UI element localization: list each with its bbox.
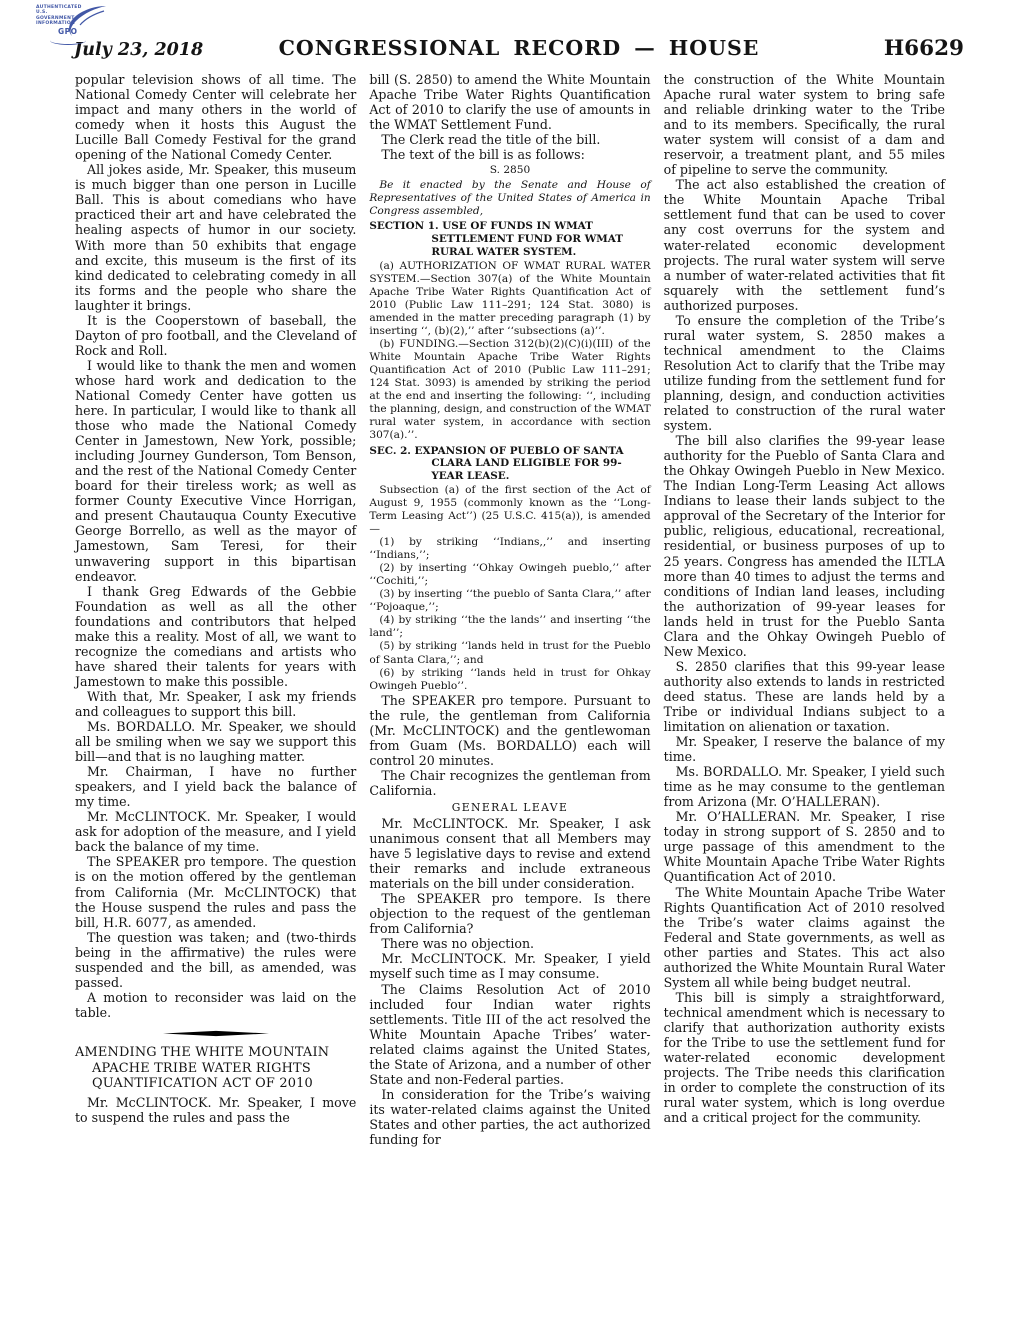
paragraph: It is the Cooperstown of baseball, the D… — [75, 313, 356, 358]
paragraph: I would like to thank the men and women … — [75, 358, 356, 584]
paragraph: The SPEAKER pro tempore. Is there object… — [369, 891, 650, 936]
enacting-clause: Be it enacted by the Senate and House of… — [369, 179, 650, 218]
paragraph: The SPEAKER pro tempore. The question is… — [75, 854, 356, 929]
running-head: July 23, 2018 CONGRESSIONAL RECORD — HOU… — [0, 0, 1020, 61]
paragraph: There was no objection. — [369, 936, 650, 951]
column-1: popular television shows of all time. Th… — [75, 72, 356, 1147]
paragraph: The bill also clarifies the 99-year leas… — [664, 433, 945, 659]
bill-number-heading: S. 2850 — [369, 164, 650, 177]
paragraph: (3) by inserting ‘‘the pueblo of Santa C… — [369, 588, 650, 614]
paragraph: S. 2850 clarifies that this 99-year leas… — [664, 659, 945, 734]
paragraph: (2) by inserting ‘‘Ohkay Owingeh pueblo,… — [369, 562, 650, 588]
page-number: H6629 — [764, 36, 964, 61]
column-2: bill (S. 2850) to amend the White Mounta… — [369, 72, 650, 1147]
gpo-authentication-logo: AUTHENTICATED U.S. GOVERNMENT INFORMATIO… — [36, 5, 114, 57]
paragraph: (5) by striking ‘‘lands held in trust fo… — [369, 640, 650, 666]
paragraph: The SPEAKER pro tempore. Pursuant to the… — [369, 693, 650, 768]
paragraph: With that, Mr. Speaker, I ask my friends… — [75, 689, 356, 719]
paragraph: (4) by striking ‘‘the the lands’’ and in… — [369, 614, 650, 640]
congressional-record-page: AUTHENTICATED U.S. GOVERNMENT INFORMATIO… — [0, 0, 1020, 1320]
paragraph: The question was taken; and (two-thirds … — [75, 930, 356, 990]
paragraph: All jokes aside, Mr. Speaker, this museu… — [75, 162, 356, 312]
paragraph: Mr. McCLINTOCK. Mr. Speaker, I would ask… — [75, 809, 356, 854]
paragraph: (1) by striking ‘‘Indians,,’’ and insert… — [369, 536, 650, 562]
paragraph: The White Mountain Apache Tribe Water Ri… — [664, 885, 945, 990]
paragraph: To ensure the completion of the Tribe’s … — [664, 313, 945, 433]
paragraph: I thank Greg Edwards of the Gebbie Found… — [75, 584, 356, 689]
paragraph: Subsection (a) of the first section of t… — [369, 484, 650, 536]
paragraph: Mr. McCLINTOCK. Mr. Speaker, I ask unani… — [369, 816, 650, 891]
paragraph: Mr. McCLINTOCK. Mr. Speaker, I move to s… — [75, 1095, 356, 1125]
bill-section-heading: SECTION 1. USE OF FUNDS IN WMAT SETTLEME… — [369, 220, 650, 258]
paragraph: In consideration for the Tribe’s waiving… — [369, 1087, 650, 1147]
paragraph: Mr. Chairman, I have no further speakers… — [75, 764, 356, 809]
paragraph: the construction of the White Mountain A… — [664, 72, 945, 177]
bill-section-heading: SEC. 2. EXPANSION OF PUEBLO OF SANTA CLA… — [369, 445, 650, 483]
publication-title: CONGRESSIONAL RECORD — HOUSE — [274, 36, 764, 60]
paragraph: Ms. BORDALLO. Mr. Speaker, I yield such … — [664, 764, 945, 809]
paragraph: popular television shows of all time. Th… — [75, 72, 356, 162]
paragraph: This bill is simply a straightforward, t… — [664, 990, 945, 1125]
paragraph: Ms. BORDALLO. Mr. Speaker, we should all… — [75, 719, 356, 764]
gpo-dome-mark — [50, 36, 86, 45]
section-divider — [75, 1030, 356, 1037]
general-leave-heading: GENERAL LEAVE — [369, 801, 650, 814]
three-column-text: popular television shows of all time. Th… — [0, 61, 1020, 1147]
article-heading: AMENDING THE WHITE MOUNTAIN APACHE TRIBE… — [75, 1045, 356, 1092]
paragraph: The Clerk read the title of the bill. — [369, 132, 650, 147]
paragraph: (a) AUTHORIZATION OF WMAT RURAL WATER SY… — [369, 260, 650, 338]
paragraph: The act also established the creation of… — [664, 177, 945, 312]
paragraph: The text of the bill is as follows: — [369, 147, 650, 162]
paragraph: The Claims Resolution Act of 2010 includ… — [369, 982, 650, 1087]
paragraph: Mr. McCLINTOCK. Mr. Speaker, I yield mys… — [369, 951, 650, 981]
gpo-logo-gpo-label: GPO — [58, 27, 78, 36]
paragraph: bill (S. 2850) to amend the White Mounta… — [369, 72, 650, 132]
paragraph: Mr. O’HALLERAN. Mr. Speaker, I rise toda… — [664, 809, 945, 884]
paragraph: (b) FUNDING.—Section 312(b)(2)(C)(i)(III… — [369, 338, 650, 442]
column-3: the construction of the White Mountain A… — [664, 72, 945, 1147]
paragraph: Mr. Speaker, I reserve the balance of my… — [664, 734, 945, 764]
paragraph: A motion to reconsider was laid on the t… — [75, 990, 356, 1020]
paragraph: (6) by striking ‘‘lands held in trust fo… — [369, 667, 650, 693]
paragraph: The Chair recognizes the gentleman from … — [369, 768, 650, 798]
